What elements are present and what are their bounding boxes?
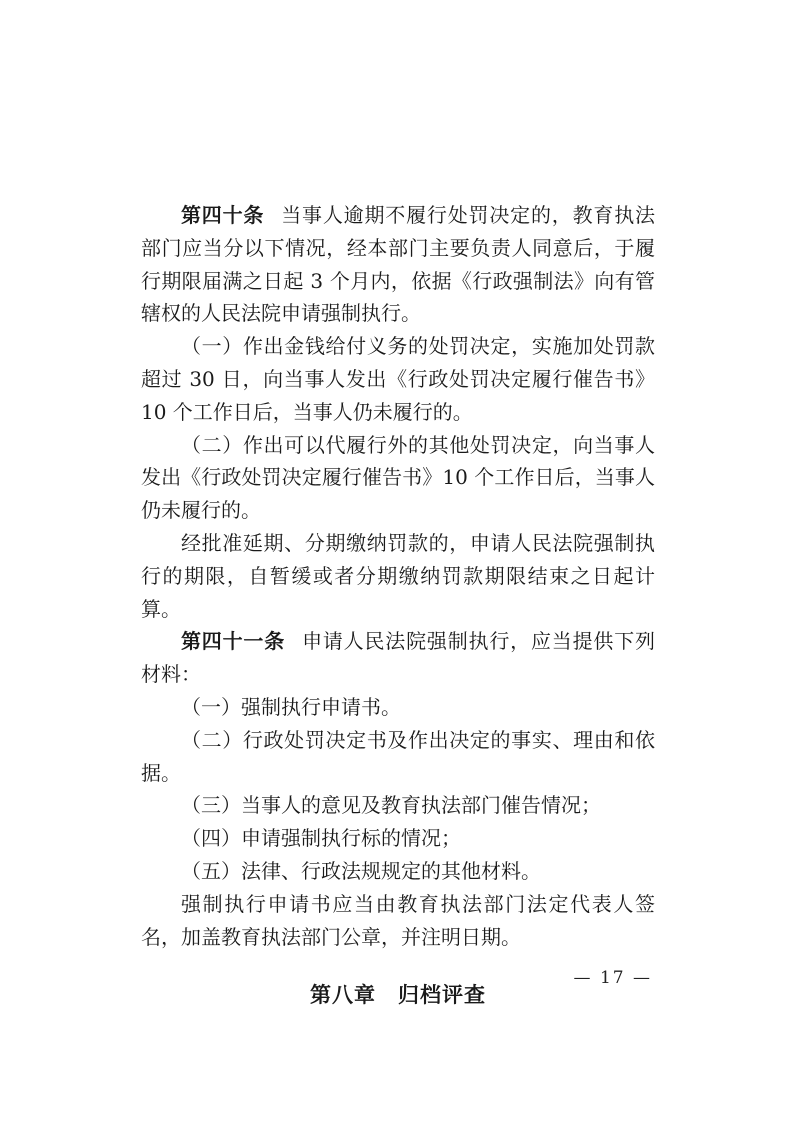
article-41-number: 第四十一条: [181, 629, 302, 653]
article-40-item-1: （一）作出金钱给付义务的处罚决定，实施加处罚款超过 30 日，向当事人发出《行政…: [141, 330, 655, 428]
article-40-number: 第四十条: [181, 203, 281, 227]
article-41-paragraph: 第四十一条申请人民法院强制执行，应当提供下列材料：: [141, 625, 655, 691]
article-40-closing-paragraph: 经批准延期、分期缴纳罚款的，申请人民法院强制执行的期限，自暂缓或者分期缴纳罚款期…: [141, 527, 655, 625]
article-41-item-3: （三）当事人的意见及教育执法部门催告情况；: [141, 789, 655, 822]
document-page: 第四十条当事人逾期不履行处罚决定的，教育执法部门应当分以下情况，经本部门主要负责…: [0, 0, 793, 1122]
article-41-closing-paragraph: 强制执行申请书应当由教育执法部门法定代表人签名，加盖教育执法部门公章，并注明日期…: [141, 888, 655, 954]
page-body: 第四十条当事人逾期不履行处罚决定的，教育执法部门应当分以下情况，经本部门主要负责…: [141, 199, 655, 1012]
article-40-paragraph: 第四十条当事人逾期不履行处罚决定的，教育执法部门应当分以下情况，经本部门主要负责…: [141, 199, 655, 330]
page-number: — 17 —: [574, 968, 652, 988]
article-41-item-5: （五）法律、行政法规规定的其他材料。: [141, 855, 655, 888]
article-41-item-1: （一）强制执行申请书。: [141, 691, 655, 724]
article-41-item-2: （二）行政处罚决定书及作出决定的事实、理由和依据。: [141, 724, 655, 790]
article-40-item-2: （二）作出可以代履行外的其他处罚决定，向当事人发出《行政处罚决定履行催告书》10…: [141, 429, 655, 527]
article-41-item-4: （四）申请强制执行标的情况；: [141, 822, 655, 855]
